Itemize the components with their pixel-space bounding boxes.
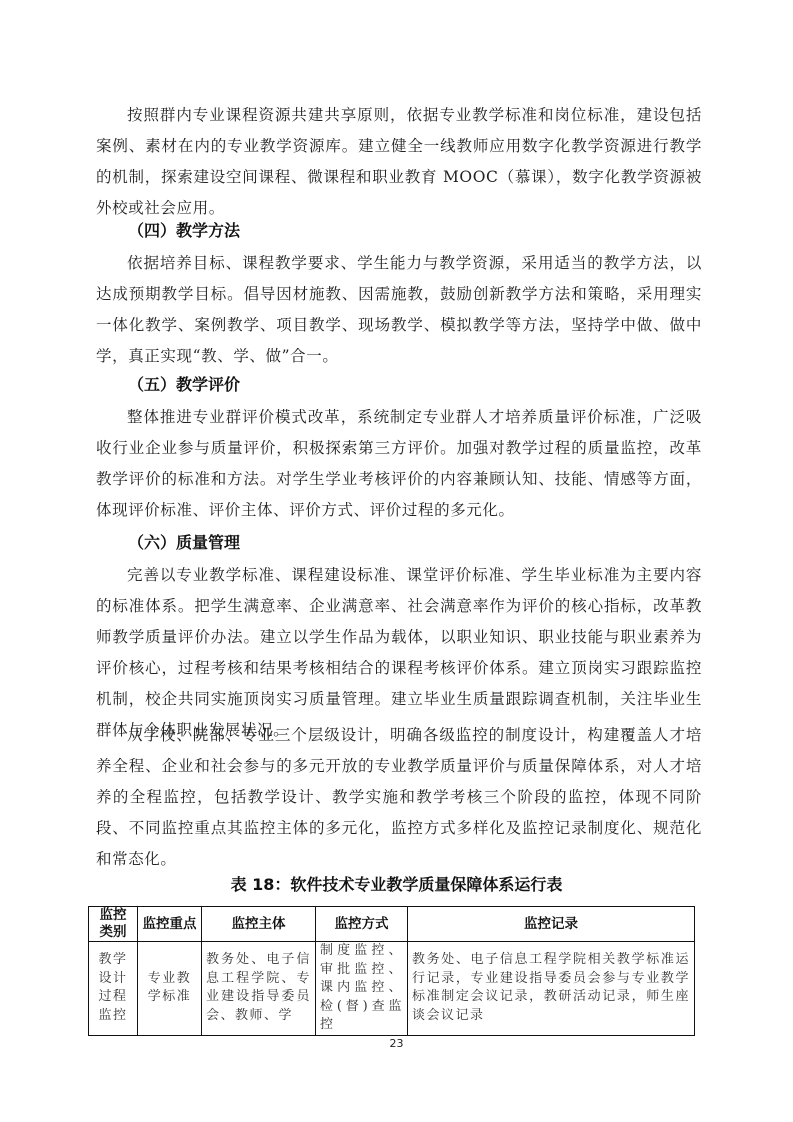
- header-monitor-category: 监控类别: [89, 907, 138, 942]
- section-heading-teaching-evaluation: （五）教学评价: [128, 375, 240, 395]
- cell-category: 教学设计过程监控: [89, 942, 138, 1036]
- header-monitor-subject: 监控主体: [202, 907, 316, 942]
- cell-focus: 专业教学标准: [138, 942, 202, 1036]
- page-number: 23: [0, 1037, 793, 1050]
- paragraph-teaching-resources: 按照群内专业课程资源共建共享原则，依据专业教学标准和岗位标准，建设包括案例、素材…: [96, 100, 702, 224]
- header-monitor-record: 监控记录: [408, 907, 695, 942]
- table-row: 教学设计过程监控 专业教学标准 教务处、电子信息工程学院、专业建设指导委员会、教…: [89, 942, 695, 1036]
- header-monitor-method: 监控方式: [316, 907, 408, 942]
- section-heading-teaching-methods: （四）教学方法: [128, 221, 240, 241]
- paragraph-monitoring-system: 从学校、院部、专业三个层级设计，明确各级监控的制度设计，构建覆盖人才培养全程、企…: [96, 720, 702, 875]
- paragraph-teaching-methods: 依据培养目标、课程教学要求、学生能力与教学资源，采用适当的教学方法，以达成预期教…: [96, 248, 702, 372]
- cell-record: 教务处、电子信息工程学院相关教学标准运行记录，专业建设指导委员会参与专业教学标准…: [408, 942, 695, 1036]
- paragraph-quality-management: 完善以专业教学标准、课程建设标准、课堂评价标准、学生毕业标准为主要内容的标准体系…: [96, 560, 702, 746]
- paragraph-teaching-evaluation: 整体推进专业群评价模式改革，系统制定专业群人才培养质量评价标准，广泛吸收行业企业…: [96, 402, 702, 526]
- cell-method: 制度监控、审批监控、课内监控、检(督)查监控: [316, 942, 408, 1036]
- table-header-row: 监控类别 监控重点 监控主体 监控方式 监控记录: [89, 907, 695, 942]
- table-caption: 表 18：软件技术专业教学质量保障体系运行表: [0, 872, 793, 895]
- cell-subject: 教务处、电子信息工程学院、专业建设指导委员会、教师、学: [202, 942, 316, 1036]
- section-heading-quality-management: （六）质量管理: [128, 533, 240, 553]
- document-page: 按照群内专业课程资源共建共享原则，依据专业教学标准和岗位标准，建设包括案例、素材…: [0, 0, 793, 1122]
- header-monitor-focus: 监控重点: [138, 907, 202, 942]
- quality-assurance-table: 监控类别 监控重点 监控主体 监控方式 监控记录 教学设计过程监控 专业教学标准…: [88, 906, 695, 1036]
